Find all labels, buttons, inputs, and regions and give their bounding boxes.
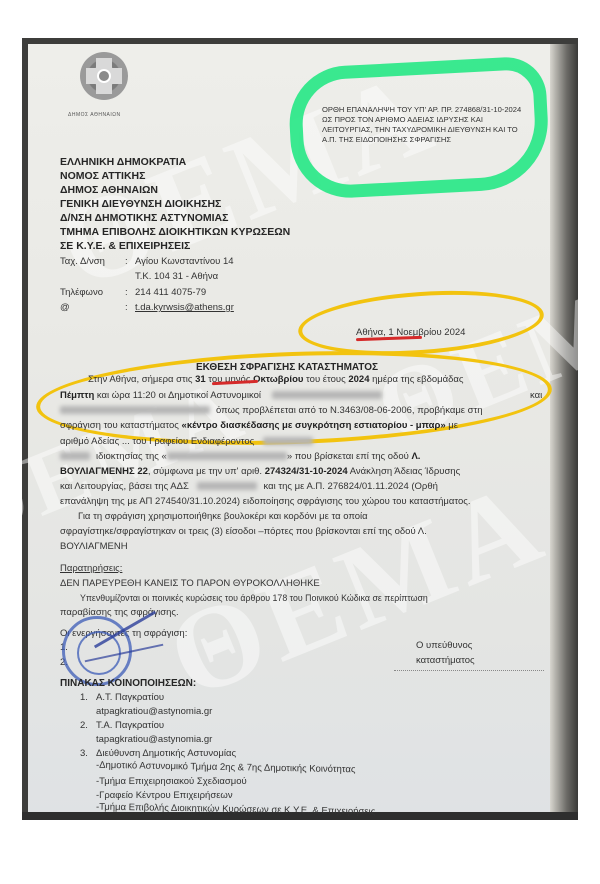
report-title: ΕΚΘΕΣΗ ΣΦΡΑΓΙΣΗΣ ΚΑΤΑΣΤΗΜΑΤΟΣ <box>196 362 378 373</box>
separator: : <box>125 256 128 267</box>
separator: : <box>125 302 128 313</box>
remarks-label: Παρατηρήσεις: <box>60 563 122 574</box>
separator: : <box>125 287 128 298</box>
body-line-2: Πέμπτη και ώρα 11:20 οι Δημοτικοί Αστυνο… <box>60 390 382 401</box>
redacted-name <box>60 406 210 414</box>
municipality-logo-icon <box>80 52 128 100</box>
distribution-subitem: -Τμήμα Επιχειρησιακού Σχεδιασμού <box>96 776 247 787</box>
responsible-line-1: Ο υπεύθυνος <box>416 640 472 651</box>
phone-label: Τηλέφωνο <box>60 287 103 298</box>
distribution-name: Α.Τ. Παγκρατίου <box>96 692 164 703</box>
signature-line <box>394 670 544 671</box>
redacted-text <box>60 452 90 460</box>
distribution-title: ΠΙΝΑΚΑΣ ΚΟΙΝΟΠΟΙΗΣΕΩΝ: <box>60 678 196 689</box>
body-line-1: Στην Αθήνα, σήμερα στις 31 του μηνός Οκτ… <box>88 374 464 385</box>
body-line-6: ιδιοκτησίας της «» που βρίσκεται επί της… <box>60 451 420 462</box>
redacted-company <box>167 452 287 460</box>
body-line-11: σφραγίστηκε/σφραγίστηκαν οι τρεις (3) εί… <box>60 526 427 537</box>
body-line-10: Για τη σφράγιση χρησιμοποιήθηκε βουλοκέρ… <box>78 511 368 522</box>
header-line: Δ/ΝΣΗ ΔΗΜΟΤΙΚΗΣ ΑΣΤΥΝΟΜΙΑΣ <box>60 211 228 225</box>
address-line-1: Αγίου Κωνσταντίνου 14 <box>135 256 234 267</box>
header-line: ΓΕΝΙΚΗ ΔΙΕΥΘΥΝΣΗ ΔΙΟΙΚΗΣΗΣ <box>60 197 221 211</box>
distribution-num: 3. <box>80 748 88 759</box>
logo-caption: ΔΗΜΟΣ ΑΘΗΝΑΙΩΝ <box>68 112 121 118</box>
header-line: ΤΜΗΜΑ ΕΠΙΒΟΛΗΣ ΔΙΟΙΚΗΤΙΚΩΝ ΚΥΡΩΣΕΩΝ <box>60 225 290 239</box>
email-link[interactable]: t.da.kyrwsis@athens.gr <box>135 302 234 313</box>
body-line-8: και Λειτουργίας, βάσει της ΑΔΣ και της μ… <box>60 481 438 492</box>
redacted-text <box>263 437 313 445</box>
official-stamp-icon <box>62 616 132 686</box>
remarks-line-1: ΔΕΝ ΠΑΡΕΥΡΕΘΗ ΚΑΝΕΙΣ ΤΟ ΠΑΡΟΝ ΘΥΡΟΚΟΛΛΗΘ… <box>60 578 320 589</box>
header-line: ΣΕ Κ.Υ.Ε. & ΕΠΙΧΕΙΡΗΣΕΙΣ <box>60 239 190 253</box>
header-line: ΕΛΛΗΝΙΚΗ ΔΗΜΟΚΡΑΤΙΑ <box>60 155 186 169</box>
distribution-name: Διεύθυνση Δημοτικής Αστυνομίας <box>96 748 236 759</box>
body-line-12: ΒΟΥΛΙΑΓΜΕΝΗ <box>60 541 128 552</box>
body-line-3: όπως προβλέπεται από το Ν.3463/08-06-200… <box>60 405 483 416</box>
body-line-4: σφράγιση του καταστήματος «κέντρο διασκέ… <box>60 420 458 431</box>
distribution-name: Τ.Α. Παγκρατίου <box>96 720 164 731</box>
address-label: Ταχ. Δ/νση <box>60 256 105 267</box>
address-line-2: Τ.Κ. 104 31 - Αθήνα <box>135 271 218 282</box>
body-text: και <box>530 390 542 401</box>
correction-note: ΟΡΘΗ ΕΠΑΝΑΛΗΨΗ ΤΟΥ ΥΠ' ΑΡ. ΠΡ. 274868/31… <box>322 105 522 145</box>
redacted-name <box>272 391 382 399</box>
distribution-email[interactable]: atpagkratiou@astynomia.gr <box>96 706 212 717</box>
responsible-line-2: καταστήματος <box>416 655 475 666</box>
phone-number: 214 411 4075-79 <box>135 287 206 298</box>
remarks-line-3: παραβίασης της σφράγισης. <box>60 607 179 618</box>
distribution-email[interactable]: tapagkratiou@astynomia.gr <box>96 734 212 745</box>
header-line: ΝΟΜΟΣ ΑΤΤΙΚΗΣ <box>60 169 145 183</box>
distribution-num: 2. <box>80 720 88 731</box>
photo-edge <box>550 44 578 818</box>
header-line: ΔΗΜΟΣ ΑΘΗΝΑΙΩΝ <box>60 183 158 197</box>
body-line-5: αριθμό Αδείας ... του Γραφείου Ενδιαφέρο… <box>60 436 313 447</box>
distribution-subitem: -Γραφείο Κέντρου Επιχειρήσεων <box>96 790 233 801</box>
remarks-line-2: Υπενθυμίζονται οι ποινικές κυρώσεις του … <box>80 593 428 603</box>
email-label: @ <box>60 302 70 313</box>
redacted-ads <box>197 482 257 490</box>
distribution-num: 1. <box>80 692 88 703</box>
body-line-7: ΒΟΥΛΙΑΓΜΕΝΗΣ 22, σύμφωνα με την υπ' αριθ… <box>60 466 460 477</box>
body-line-9: επανάληψη της με ΑΠ 274540/31.10.2024) ε… <box>60 496 470 507</box>
